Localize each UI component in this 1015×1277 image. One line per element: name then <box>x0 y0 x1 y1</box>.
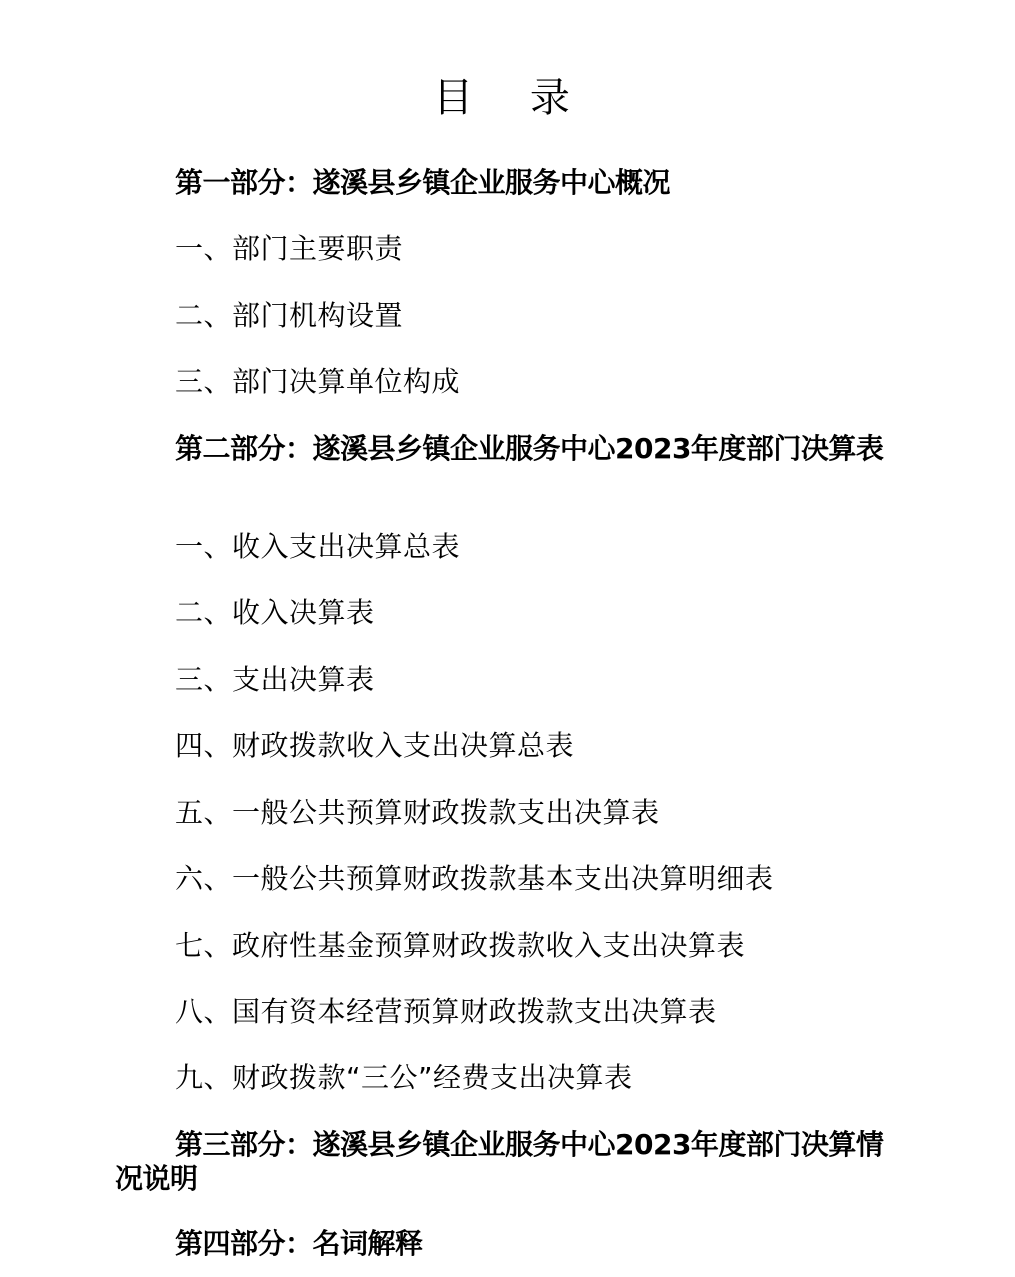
toc-part-2: 第二部分：遂溪县乡镇企业服务中心2023年度部门决算表 <box>115 432 905 466</box>
toc-item: 八、国有资本经营预算财政拨款支出决算表 <box>175 995 717 1029</box>
toc-part-1: 第一部分：遂溪县乡镇企业服务中心概况 <box>175 166 670 200</box>
toc-item: 六、一般公共预算财政拨款基本支出决算明细表 <box>175 862 774 896</box>
toc-item: 三、支出决算表 <box>175 663 375 697</box>
page-title: 目 录 <box>0 72 1015 124</box>
toc-item: 三、部门决算单位构成 <box>175 365 460 399</box>
document-page: 目 录 第一部分：遂溪县乡镇企业服务中心概况 一、部门主要职责 二、部门机构设置… <box>0 0 1015 1277</box>
toc-part-3: 第三部分：遂溪县乡镇企业服务中心2023年度部门决算情况说明 <box>115 1128 905 1196</box>
toc-item: 一、收入支出决算总表 <box>175 530 460 564</box>
toc-item: 九、财政拨款“三公”经费支出决算表 <box>175 1061 633 1095</box>
toc-item: 二、部门机构设置 <box>175 299 403 333</box>
toc-part-4: 第四部分：名词解释 <box>175 1227 423 1261</box>
toc-item: 二、收入决算表 <box>175 596 375 630</box>
toc-item: 七、政府性基金预算财政拨款收入支出决算表 <box>175 929 745 963</box>
toc-item: 五、一般公共预算财政拨款支出决算表 <box>175 796 660 830</box>
toc-item: 四、财政拨款收入支出决算总表 <box>175 729 574 763</box>
toc-item: 一、部门主要职责 <box>175 232 403 266</box>
